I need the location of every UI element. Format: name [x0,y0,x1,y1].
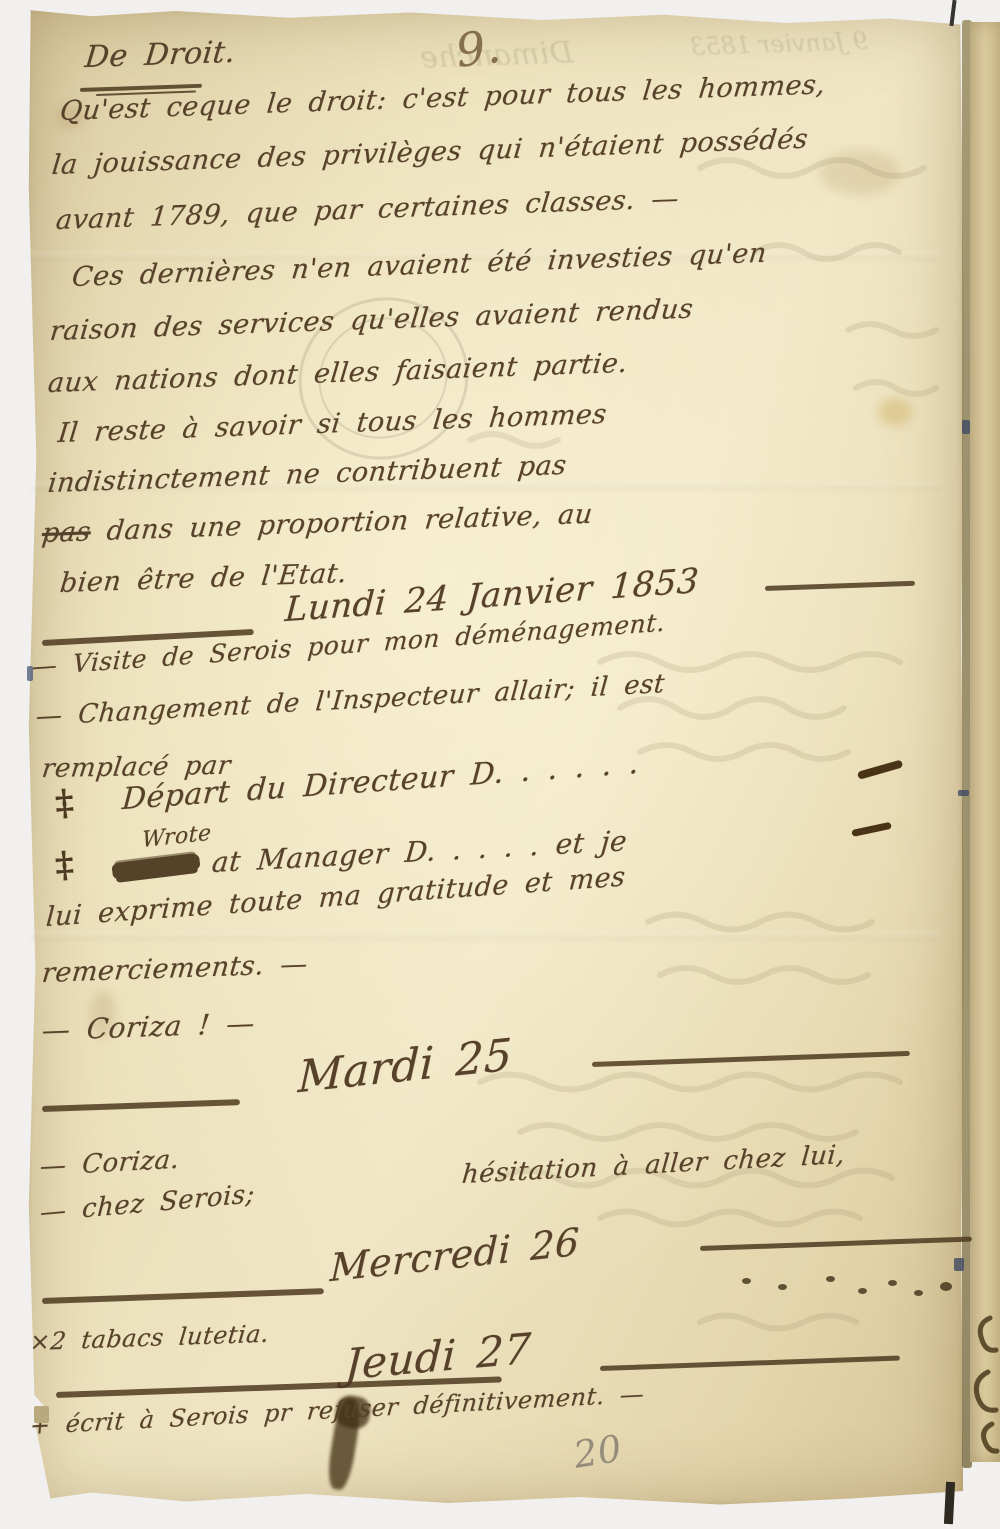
page-title: De Droit. [83,35,237,75]
torn-edge-chip [34,1406,49,1423]
facing-page-edge [970,22,1000,1462]
ink-speck [954,1258,964,1271]
ink-stain [820,150,900,195]
paper-crease [30,932,940,940]
ink-speck [962,420,970,434]
binding-thread-mark [944,1482,955,1524]
ink-page-number: 9. [453,19,504,78]
pin-icon [949,0,956,26]
foxing-spot [878,398,912,426]
margin-cross-mark: ‡ [54,843,76,886]
margin-cross-mark: ‡ [54,781,76,824]
struck-word: pas [40,516,92,549]
ink-speck [958,790,969,796]
ink-speck [27,666,33,681]
pencil-page-number: 20 [571,1427,625,1477]
